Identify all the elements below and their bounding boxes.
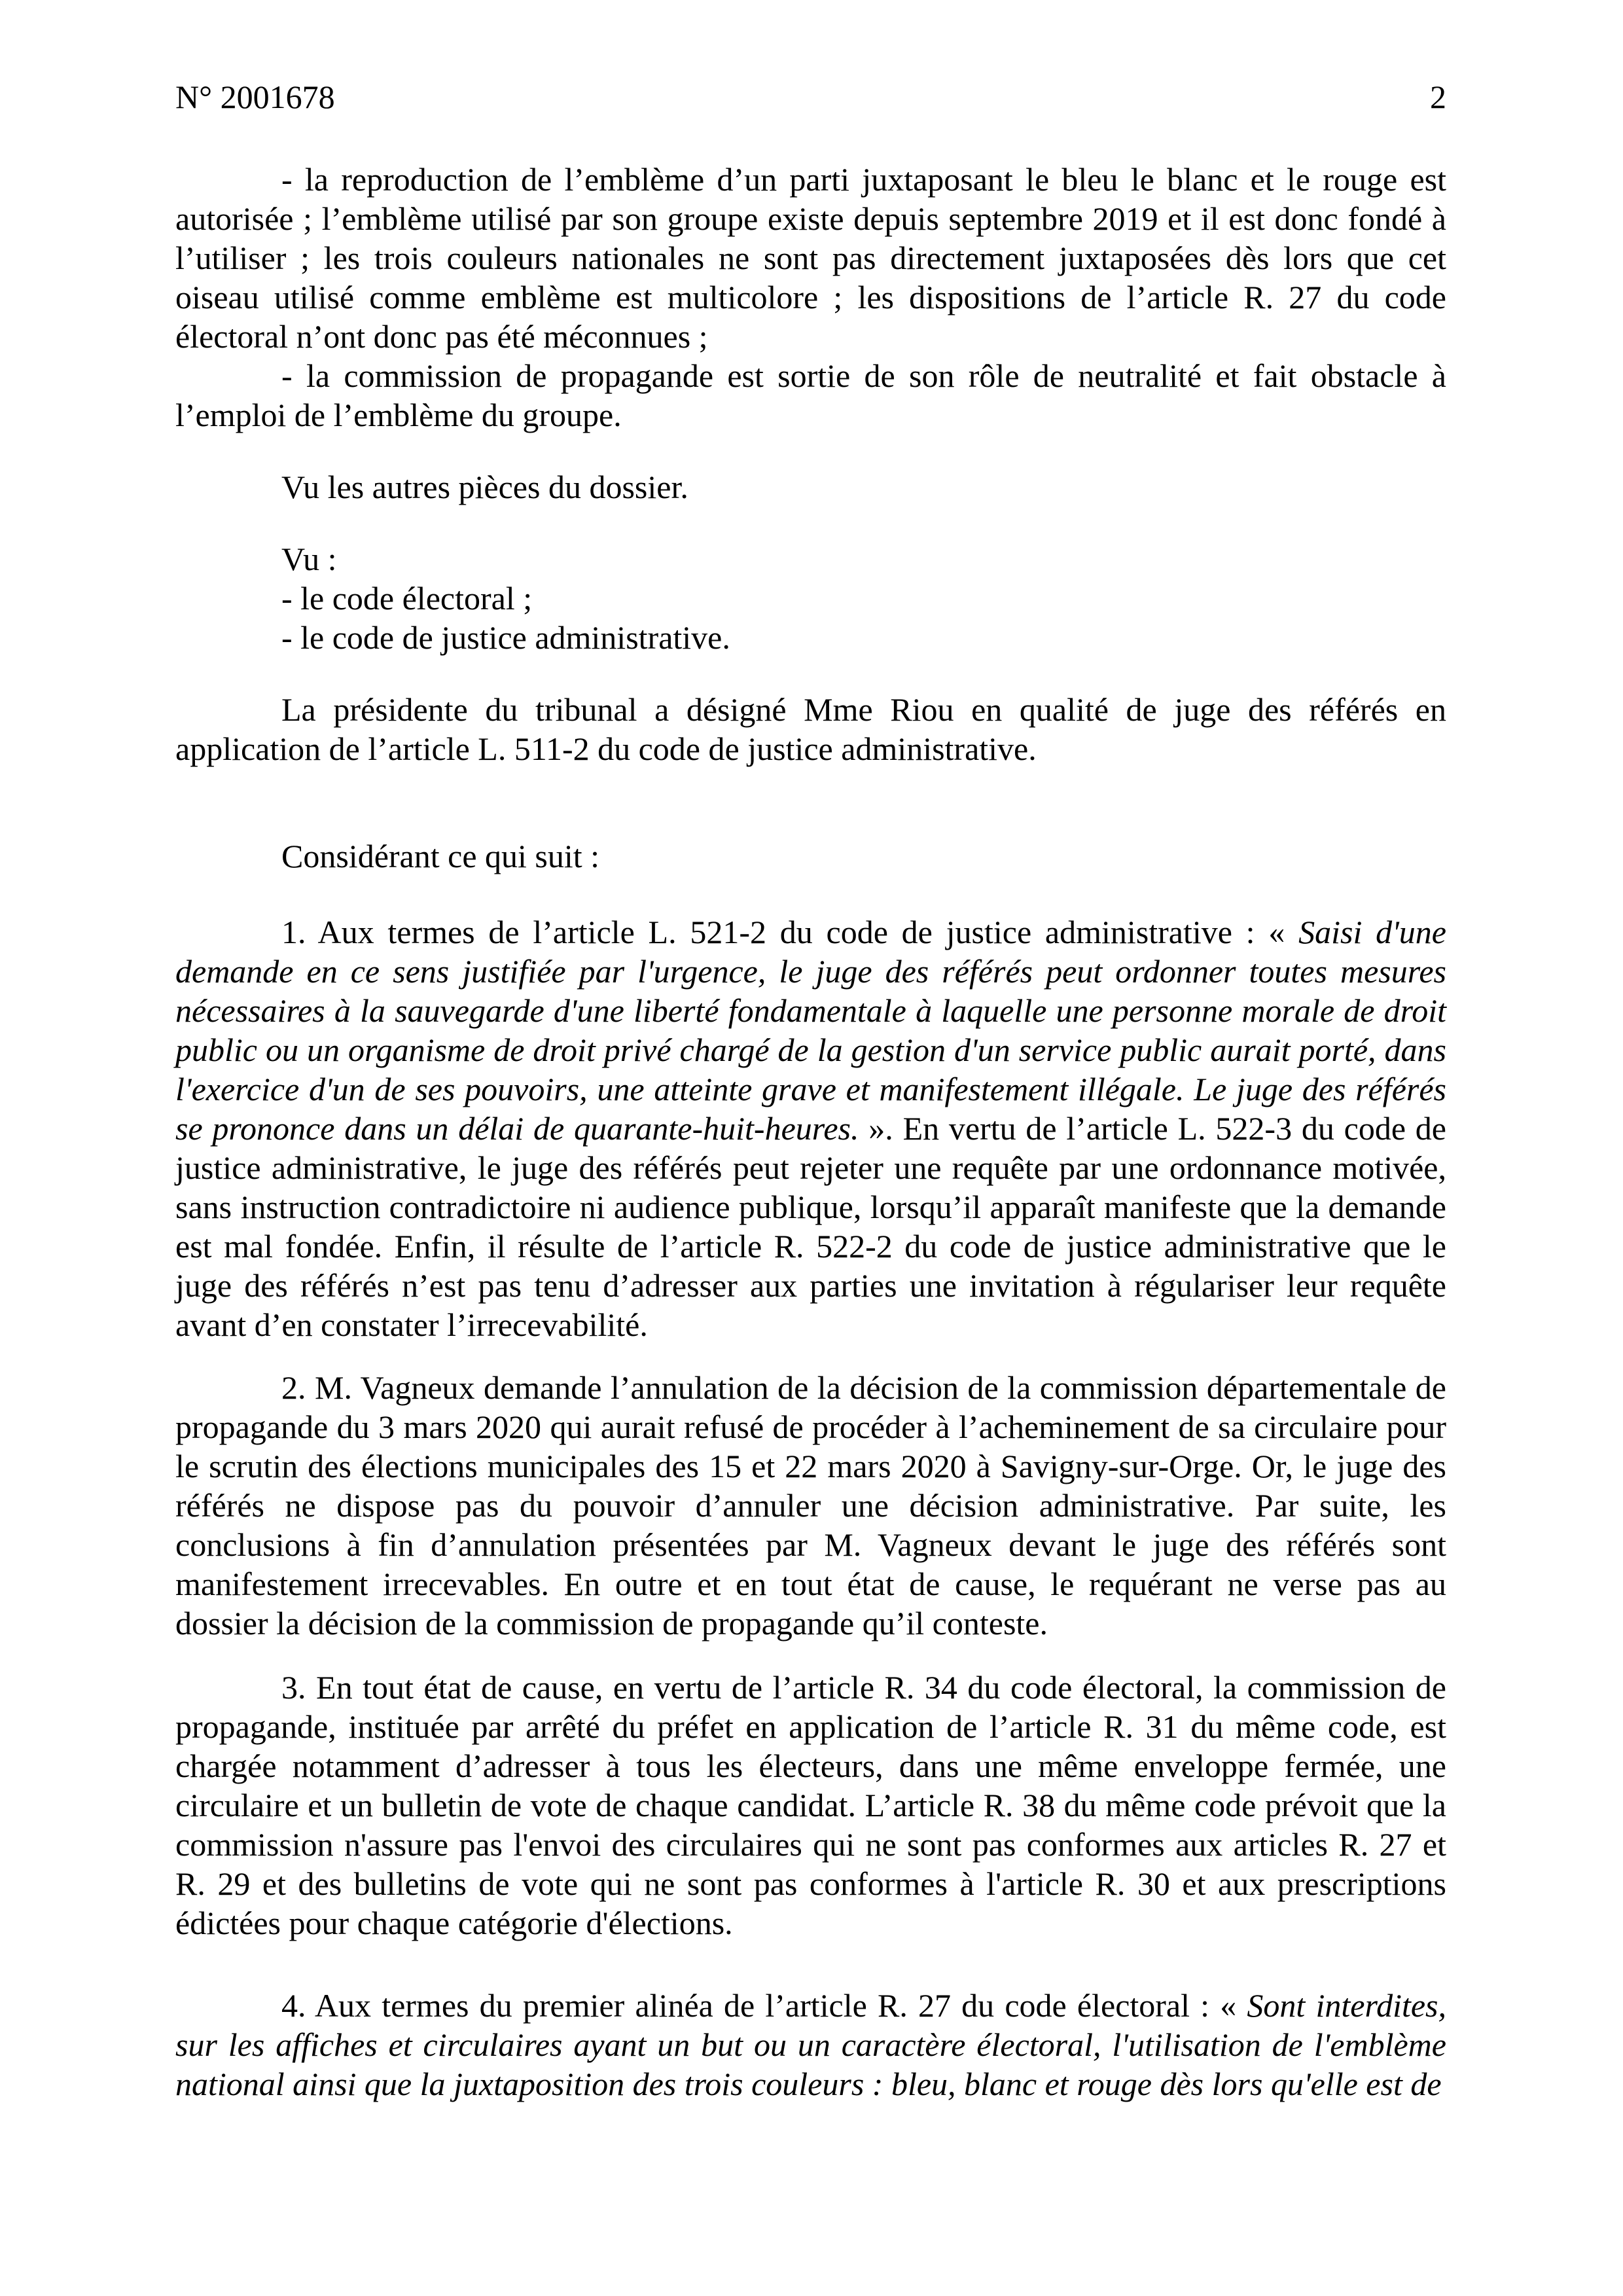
point-2-paragraph: 2. M. Vagneux demande l’annulation de la…: [175, 1368, 1446, 1643]
point-3-paragraph: 3. En tout état de cause, en vertu de l’…: [175, 1668, 1446, 1943]
point-4-intro: 4. Aux termes du premier alinéa de l’art…: [281, 1987, 1247, 2024]
vu-item-code-electoral: - le code électoral ;: [175, 579, 1446, 618]
point-4-paragraph: 4. Aux termes du premier alinéa de l’art…: [175, 1986, 1446, 2104]
vu-pieces-line: Vu les autres pièces du dossier.: [175, 467, 1446, 507]
page-number: 2: [1430, 77, 1446, 117]
text-block: N° 2001678 2 - la reproduction de l’embl…: [175, 77, 1446, 2104]
point-1-paragraph: 1. Aux termes de l’article L. 521-2 du c…: [175, 912, 1446, 1344]
document-page: N° 2001678 2 - la reproduction de l’embl…: [0, 0, 1623, 2296]
vu-item-code-justice: - le code de justice administrative.: [175, 618, 1446, 657]
vu-heading: Vu :: [175, 539, 1446, 579]
page-header: N° 2001678 2: [175, 77, 1446, 117]
point-1-intro: 1. Aux termes de l’article L. 521-2 du c…: [281, 914, 1298, 950]
presidente-paragraph: La présidente du tribunal a désigné Mme …: [175, 690, 1446, 768]
case-number: N° 2001678: [175, 77, 335, 117]
recap-item-2: - la commission de propagande est sortie…: [175, 356, 1446, 435]
recap-item-1: - la reproduction de l’emblème d’un part…: [175, 160, 1446, 356]
considerant-heading: Considérant ce qui suit :: [175, 836, 1446, 876]
